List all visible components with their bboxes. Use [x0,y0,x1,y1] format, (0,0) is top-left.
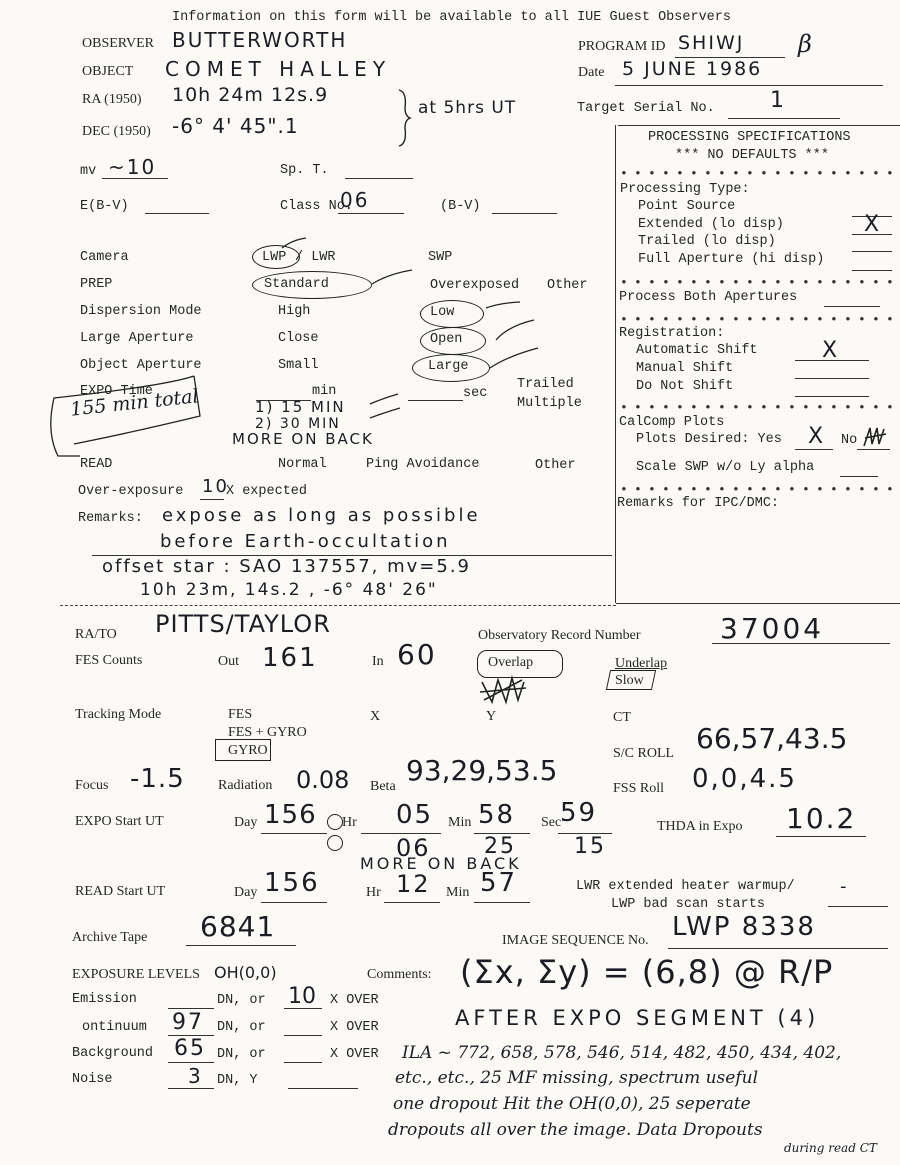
large-aperture-selection-circle [420,327,486,355]
thda-field[interactable]: 10.2 [786,802,856,835]
class-underline [338,213,404,214]
date-label: Date [578,65,604,81]
archive-field[interactable]: 6841 [200,910,275,943]
expo-hr-1[interactable]: 05 [396,800,433,830]
comments-label: Comments: [367,967,432,983]
divider-dots: •••••••••••••••••••• [620,400,900,415]
mv-label: mv [80,164,96,179]
read-min-label: Min [446,885,469,901]
record-underline [712,643,890,644]
camera-option-swp[interactable]: SWP [428,250,452,265]
beta-field[interactable]: 93,29,53.5 [406,754,557,787]
type-extended-mark: X [864,212,881,237]
expo-more-note: MORE ON BACK [232,430,374,448]
serial-field[interactable]: 1 [770,88,786,113]
type-trailed-field[interactable] [852,251,892,252]
image-seq-field[interactable]: LWP 8338 [672,912,816,942]
read-day-field[interactable]: 156 [264,868,320,898]
spt-field[interactable] [345,178,413,179]
comment-line-5[interactable]: one dropout Hit the OH(0,0), 25 seperate [393,1094,751,1114]
bv-field[interactable] [492,213,557,214]
continuum-over-suffix: X OVER [330,1020,379,1035]
object-field[interactable]: COMET HALLEY [165,57,391,81]
dispersion-option-high[interactable]: High [278,304,310,319]
bad-scan-label: LWP bad scan starts [611,897,765,912]
background-dn-suffix: DN, or [217,1047,266,1062]
ipc-remarks-label: Remarks for IPC/DMC: [617,496,779,511]
bv-label: (B-V) [440,199,481,214]
brace-mark [395,88,415,148]
registration-manual[interactable]: Manual Shift [636,361,733,376]
check-tick [488,346,542,372]
serial-underline [728,118,840,119]
plots-yes-field[interactable] [795,449,833,450]
program-id-field[interactable]: SHIWJ [678,32,744,54]
process-both-field[interactable] [824,306,880,307]
large-aperture-label: Large Aperture [80,331,193,346]
background-dn-field[interactable]: 65 [174,1036,206,1061]
divider-dots: •••••••••••••••••••• [620,166,900,181]
check-tick [368,390,408,420]
noise-y-field[interactable] [288,1088,358,1089]
processing-title: PROCESSING SPECIFICATIONS [648,130,851,145]
tracking-axis-x: X [370,709,380,725]
tracking-option-fes[interactable]: FES [228,707,252,723]
ra-label: RA (1950) [82,92,142,108]
scribble-mark [478,674,530,706]
mv-underline [102,178,168,179]
read-option-other[interactable]: Other [535,458,576,473]
offset-star-line-1[interactable]: offset star : SAO 137557, mv=5.9 [102,556,471,577]
type-extended[interactable]: Extended (lo disp) [638,217,784,232]
noise-dn-underline [168,1088,214,1089]
dec-field[interactable]: -6° 4' 45".1 [172,114,299,138]
prep-option-other[interactable]: Other [547,278,588,293]
expo-sec-field[interactable] [408,400,463,401]
spt-label: Sp. T. [280,163,329,178]
observer-field[interactable]: BUTTERWORTH [172,28,347,52]
tracking-mode-label: Tracking Mode [75,707,161,723]
remarks-label: Remarks: [78,511,143,526]
emission-over-underline [284,1008,322,1009]
emission-dn-field[interactable] [168,1008,214,1009]
gyro-selection-box [215,739,271,761]
tracking-axis-ct: CT [613,710,631,726]
image-seq-underline [668,948,888,949]
prep-label: PREP [80,277,112,292]
serial-label: Target Serial No. [577,101,715,116]
expo-sec-2[interactable]: 15 [574,834,606,859]
fes-in-label: In [372,654,384,670]
segment-1-circle [327,814,343,830]
scale-swp-field[interactable] [840,476,878,477]
read-hr-field[interactable]: 12 [396,870,431,898]
fss-roll-field[interactable]: 0,0,4.5 [692,764,797,794]
camera-label: Camera [80,250,129,265]
emission-over-field[interactable]: 10 [288,984,316,1009]
type-point-source[interactable]: Point Source [638,199,735,214]
tracking-axis-y: Y [486,709,496,725]
expo-option-trailed[interactable]: Trailed [517,377,574,392]
check-tick [370,268,416,288]
read-option-ping[interactable]: Ping Avoidance [366,457,479,472]
registration-automatic-mark: X [822,338,839,363]
focus-label: Focus [75,778,108,794]
focus-field[interactable]: -1.5 [130,764,185,794]
expo-option-multiple[interactable]: Multiple [517,396,582,411]
object-aperture-label: Object Aperture [80,358,202,373]
plots-desired-label: Plots Desired: Yes [636,432,782,447]
continuum-label: ontinuum [82,1020,147,1035]
overexposure-suffix: X expected [226,484,307,499]
archive-underline [186,945,296,946]
expo-day-underline [261,833,327,834]
read-min-field[interactable]: 57 [480,868,517,898]
mv-field[interactable]: ~10 [108,155,156,179]
type-full-aperture[interactable]: Full Aperture (hi disp) [638,252,824,267]
divider-dots: •••••••••••••••••••• [620,275,900,290]
scribble-mark [862,424,888,448]
read-hr-label: Hr [366,885,381,901]
expo-sec-1[interactable]: 59 [560,798,597,828]
background-dn-underline [168,1062,214,1063]
noise-dn-field[interactable]: 3 [188,1064,203,1088]
expo-segment-1: 1) 15 MIN [255,398,346,416]
read-min-underline [474,902,530,903]
divider-dots: •••••••••••••••••••• [620,482,900,497]
scale-swp-label: Scale SWP w/o Ly alpha [636,460,814,475]
expo-hr-label: Hr [342,815,357,831]
rato-label: RA/TO [75,627,117,643]
thda-label: THDA in Expo [657,819,743,835]
form-notice: Information on this form will be availab… [172,10,731,25]
dispersion-label: Dispersion Mode [80,304,202,319]
comment-line-1[interactable]: (Σx, Σy) = (6,8) @ R/P [460,953,833,991]
heater-field[interactable]: - [840,876,849,897]
processing-box-top [618,125,900,126]
class-field[interactable]: 06 [340,188,369,212]
sc-roll-field[interactable]: 66,57,43.5 [696,722,847,755]
fes-counts-label: FES Counts [75,653,142,669]
expo-start-label: EXPO Start UT [75,814,164,830]
thda-underline [776,836,866,837]
section-divider [60,605,616,606]
read-option-normal[interactable]: Normal [278,457,327,472]
plots-no-field[interactable] [857,449,890,450]
processing-box-left [615,125,616,603]
exposure-levels-note: OH(0,0) [214,963,277,982]
background-label: Background [72,1046,153,1061]
exposure-levels-label: EXPOSURE LEVELS [72,967,200,983]
fes-in-field[interactable]: 60 [397,638,437,671]
prep-selection-circle [252,271,372,299]
comment-line-4[interactable]: etc., etc., 25 MF missing, spectrum usef… [395,1068,758,1088]
noise-suffix: DN, Y [217,1073,258,1088]
read-day-label: Day [234,885,257,901]
dispersion-selection-circle [420,300,484,328]
expo-sec-label: sec [463,386,487,401]
plots-yes-mark: X [808,424,825,449]
image-seq-label: IMAGE SEQUENCE No. [502,933,649,949]
object-aperture-selection-circle [412,354,490,382]
rato-field[interactable]: PITTS/TAYLOR [155,610,331,638]
process-both-label: Process Both Apertures [619,290,797,305]
large-aperture-option-close[interactable]: Close [278,331,319,346]
plots-no-label: No [841,433,857,448]
object-label: OBJECT [82,64,133,80]
expo-day-field[interactable]: 156 [264,800,317,830]
emission-dn-suffix: DN, or [217,993,266,1008]
fss-roll-label: FSS Roll [613,781,664,797]
offset-star-line-2[interactable]: 10h 23m, 14s.2 , -6° 48' 26" [140,580,438,600]
check-tick [494,318,538,344]
overexposure-underline [200,499,224,500]
read-label: READ [80,457,112,472]
coord-note: at 5hrs UT [418,98,516,118]
sc-roll-label: S/C ROLL [613,746,674,762]
archive-label: Archive Tape [72,930,147,946]
expo-sec-label: Sec [541,815,561,831]
type-trailed[interactable]: Trailed (lo disp) [638,234,776,249]
date-field[interactable]: 5 JUNE 1986 [622,58,762,80]
remarks-line-1[interactable]: expose as long as possible [162,505,481,526]
camera-option-lwr[interactable]: / LWR [295,250,336,265]
comment-line-3[interactable]: ILA ~ 772, 658, 578, 546, 514, 482, 450,… [402,1043,841,1063]
calcomp-label: CalComp Plots [619,415,724,430]
noise-label: Noise [72,1072,113,1087]
radiation-field[interactable]: 0.08 [296,766,349,794]
check-tick [484,300,524,312]
read-start-label: READ Start UT [75,884,165,900]
read-hr-underline [384,902,440,903]
record-field[interactable]: 37004 [720,612,824,645]
registration-automatic[interactable]: Automatic Shift [636,343,758,358]
expo-min-label: min [312,384,336,399]
expo-min-label: Min [448,815,471,831]
emission-over-suffix: X OVER [330,993,379,1008]
object-aperture-option-small[interactable]: Small [278,358,319,373]
ebv-label: E(B-V) [80,199,129,214]
program-id-label: PROGRAM ID [578,39,666,55]
remarks-line-2[interactable]: before Earth-occultation [160,531,451,552]
beta-label: Beta [370,779,396,795]
segment-2-circle [327,835,343,851]
expo-day-label: Day [234,815,257,831]
program-mark: β [798,30,812,58]
overexposure-field[interactable]: 10 [202,476,229,497]
dec-label: DEC (1950) [82,124,151,140]
expo-min-1[interactable]: 58 [478,800,515,830]
ra-field[interactable]: 10h 24m 12s.9 [172,84,328,106]
background-over-suffix: X OVER [330,1047,379,1062]
prep-option-overexposed[interactable]: Overexposed [430,278,519,293]
registration-manual-field[interactable] [795,378,869,379]
processing-type-label: Processing Type: [620,182,750,197]
check-tick [280,236,310,250]
heater-label: LWR extended heater warmup/ [576,879,795,894]
comment-line-6[interactable]: dropouts all over the image. Data Dropou… [388,1120,763,1140]
fes-out-field[interactable]: 161 [262,643,318,673]
slow-option[interactable]: Slow [615,673,644,689]
overexposure-label: Over-exposure [78,484,183,499]
registration-none-field[interactable] [795,396,869,397]
comment-line-2[interactable]: AFTER EXPO SEGMENT (4) [455,1006,819,1030]
radiation-label: Radiation [218,778,272,794]
fes-out-label: Out [218,654,239,670]
continuum-over-field[interactable] [284,1035,322,1036]
observer-label: OBSERVER [82,36,154,52]
type-full-aperture-field[interactable] [852,270,892,271]
comment-tail[interactable]: during read CT [784,1141,877,1155]
date-underline [615,85,883,86]
record-label: Observatory Record Number [478,628,641,644]
continuum-dn-field[interactable]: 97 [172,1010,204,1035]
registration-label: Registration: [619,326,724,341]
registration-none[interactable]: Do Not Shift [636,379,733,394]
read-day-underline [261,902,327,903]
background-over-field[interactable] [284,1062,322,1063]
bad-scan-field[interactable] [828,906,888,907]
ebv-field[interactable] [145,213,209,214]
continuum-dn-suffix: DN, or [217,1020,266,1035]
divider-dots: •••••••••••••••••••• [620,312,900,327]
emission-label: Emission [72,992,137,1007]
processing-box-bottom [616,603,900,604]
processing-subtitle: *** NO DEFAULTS *** [675,148,829,163]
